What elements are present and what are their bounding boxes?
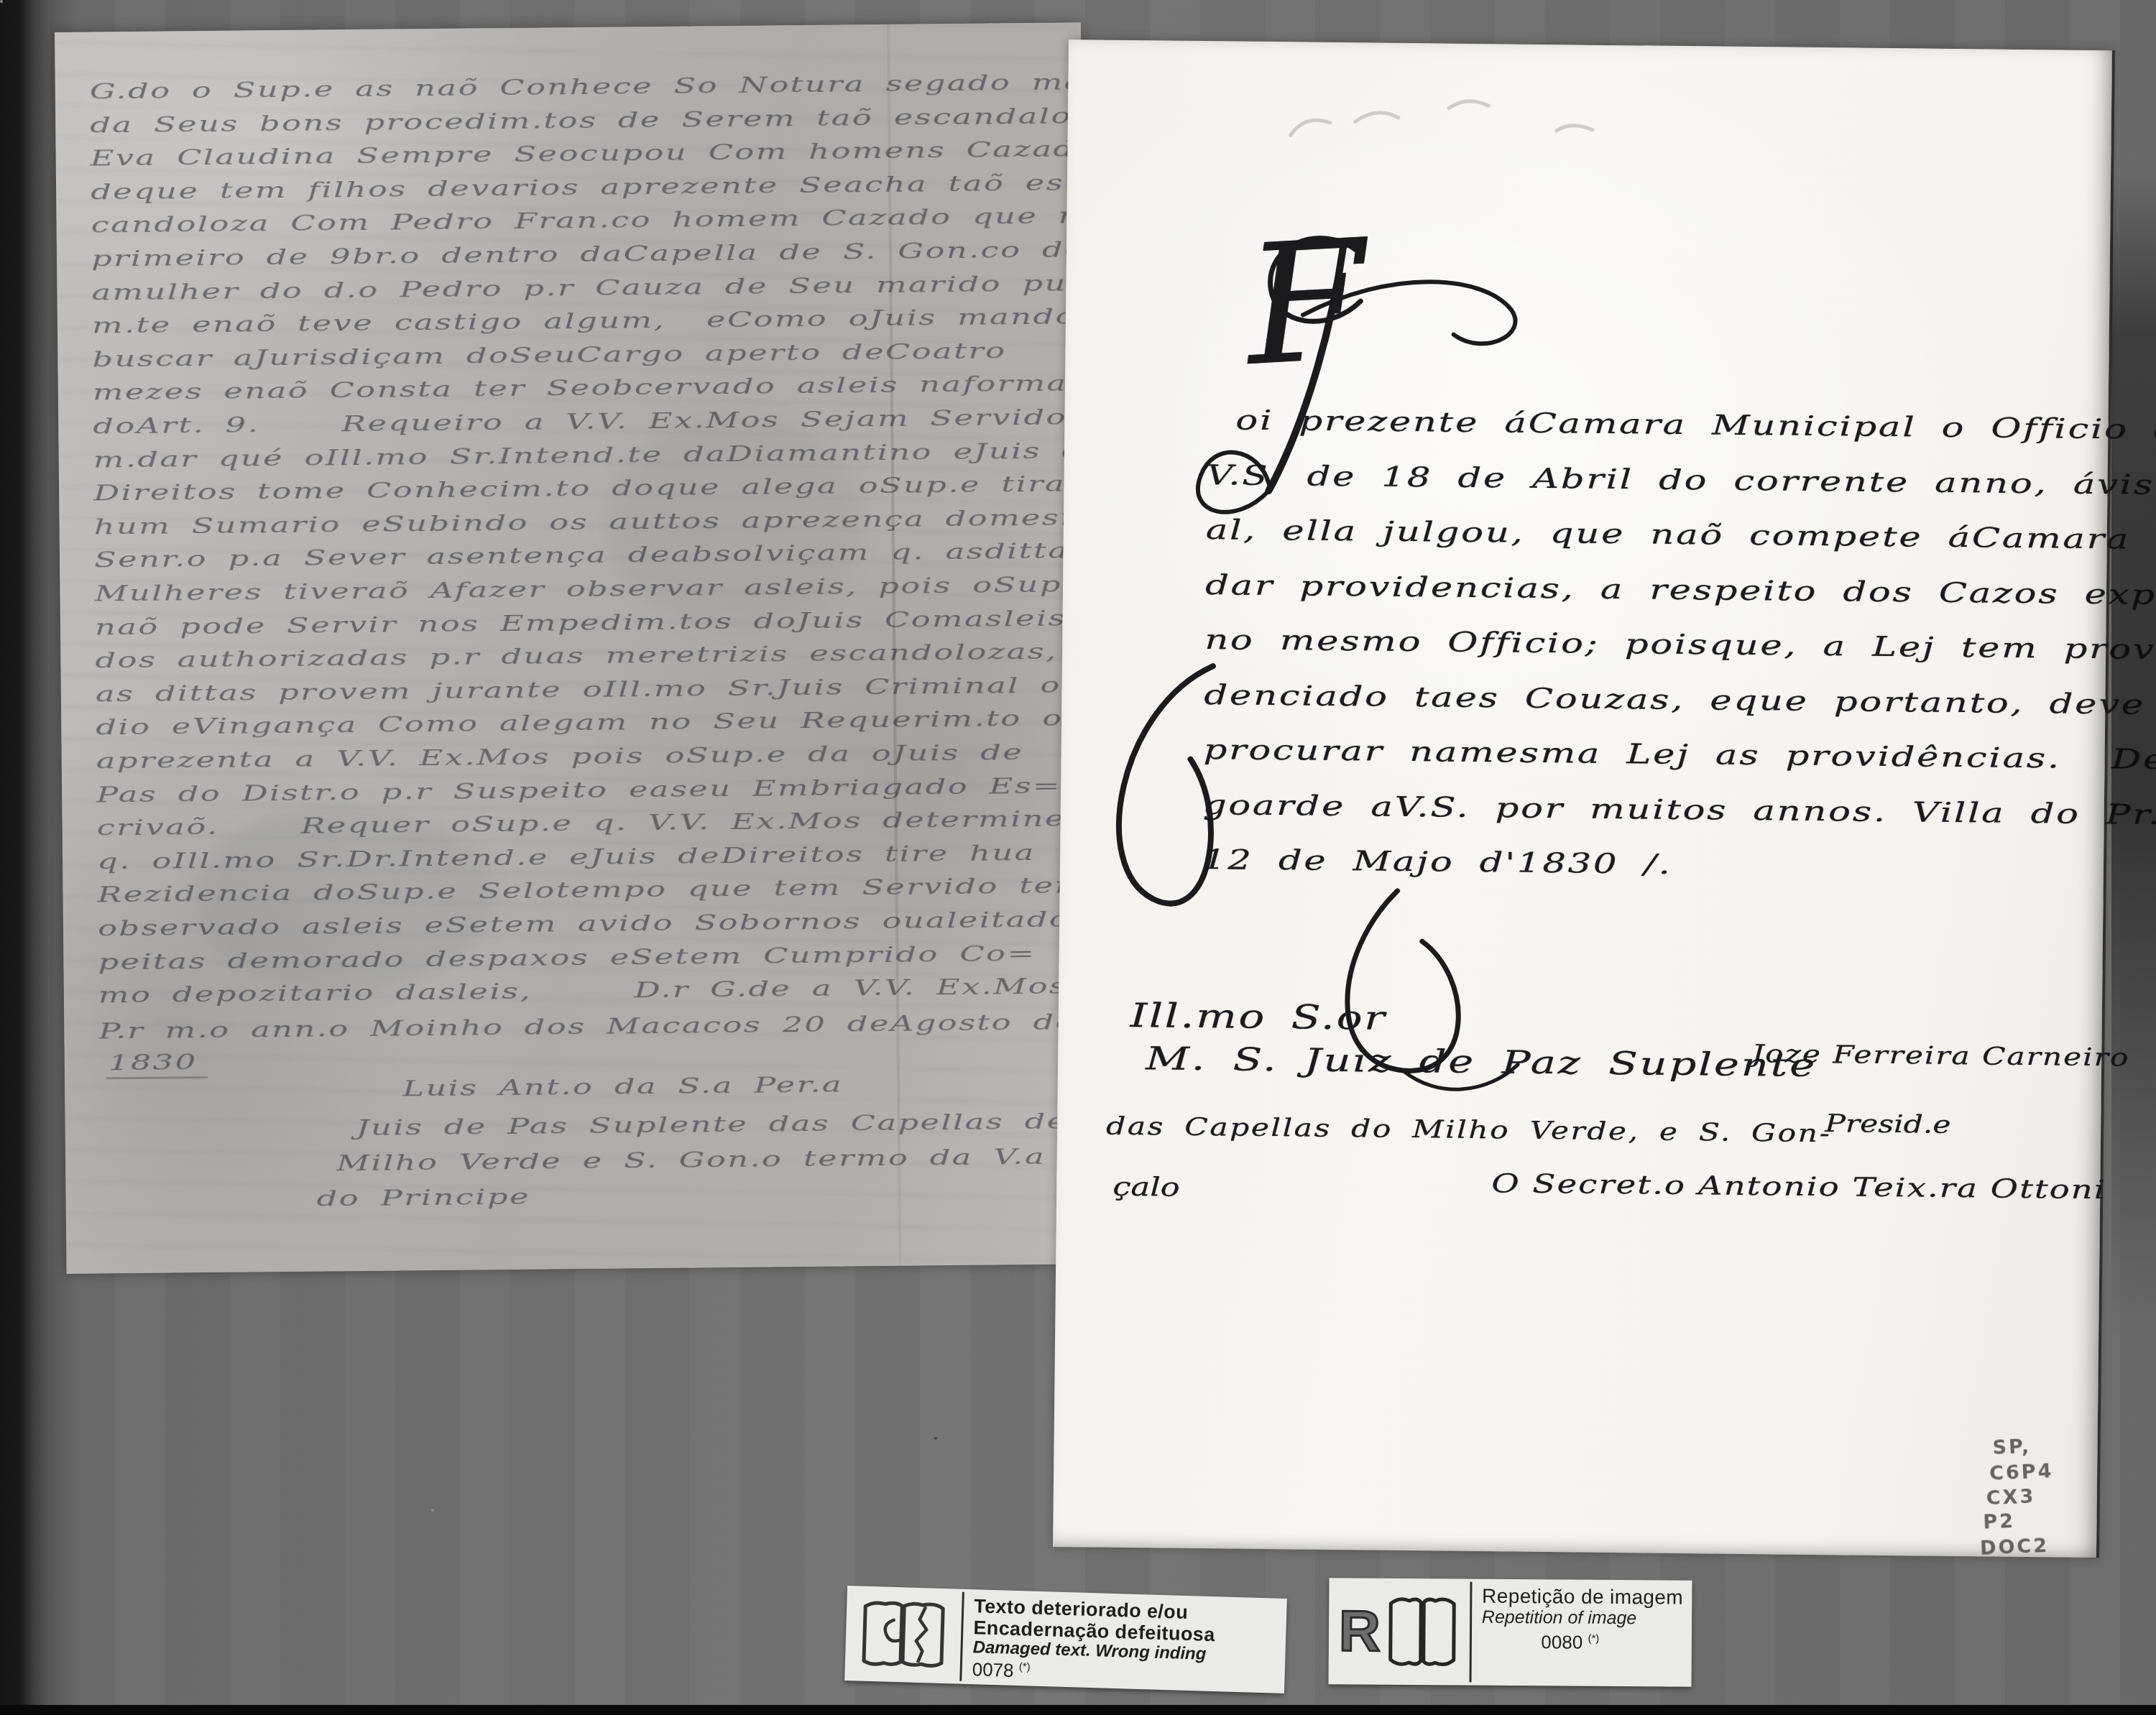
signature-role-line: Juis de Pas Suplente das Capellas de <box>356 1109 1067 1142</box>
addressee-place: das Capellas do Milho Verde, e S. Gon- <box>1106 1112 1832 1149</box>
manuscript-line: naõ pode Servir nos Empedim.tos doJuis C… <box>95 606 1067 640</box>
manuscript-line: G.do o Sup.e as naõ Conhece So Notura se… <box>90 68 1238 104</box>
pencil-annotation-line: DOC2 <box>1979 1535 2049 1560</box>
addressee-title: M. S. Juiz de Paz Suplente <box>1146 1040 1817 1084</box>
signature-name: Luis Ant.o da S.a Per.a <box>402 1073 843 1102</box>
manuscript-line: doArt. 9. Requeiro a V.V. Ex.Mos Sejam S… <box>93 405 1067 440</box>
manuscript-line: peitas demorado despaxos eSetem Cumprido… <box>98 941 1036 976</box>
manuscript-line: procurar namesma Lej as providências. De… <box>1203 734 2156 776</box>
manuscript-line: denciado taes Couzas, eque portanto, dev… <box>1204 679 2156 721</box>
manuscript-line: Rezidencia doSup.e Selotempo que tem Ser… <box>97 873 1120 908</box>
manuscript-line: Pas do Distr.o p.r Suspeito easeu Embria… <box>96 773 1061 808</box>
manuscript-dateline: P.r m.o ann.o Moinho dos Macacos 20 deAg… <box>98 1009 1076 1044</box>
pencil-annotation-line: P2 <box>1983 1510 2016 1534</box>
archival-label-damaged-text: Texto deteriorado e/ou Encadernação defe… <box>844 1586 1287 1693</box>
manuscript-line: as dittas provem jurante oIll.mo Sr.Juis… <box>96 672 1111 708</box>
manuscript-line: Eva Claudina Sempre Seocupou Com homens … <box>91 137 1115 172</box>
manuscript-line: m.te enaõ teve castigo algum, eComo oJui… <box>92 304 1099 338</box>
manuscript-line: aprezenta a V.V. Ex.Mos pois oSup.e da o… <box>96 740 1024 774</box>
addressee-place-cont: çalo <box>1112 1173 1180 1203</box>
label-frame-number: 0080 (*) <box>1482 1632 1687 1654</box>
manuscript-line: m.dar qué oIll.mo Sr.Intend.te daDiamant… <box>93 438 1105 473</box>
pencil-annotation-line: C6P4 <box>1989 1460 2054 1485</box>
manuscript-line: candoloza Com Pedro Fran.co homem Cazado… <box>91 203 1130 239</box>
damaged-open-book-icon <box>844 1586 962 1684</box>
pencil-annotation-line: SP, <box>1992 1436 2032 1459</box>
label-text-block: Texto deteriorado e/ou Encadernação defe… <box>962 1589 1287 1693</box>
manuscript-line: oi prezente áCamara Municipal o Officio … <box>1235 404 2156 445</box>
manuscript-year-underlined: 1830 <box>106 1050 208 1079</box>
drop-cap-initial: F <box>1241 218 1372 390</box>
frame-number: 0078 <box>972 1659 1014 1682</box>
signature-role-line: Milho Verde e S. Gon.o termo da V.a <box>336 1145 1046 1176</box>
letter-body: oi prezente áCamara Municipal o Officio … <box>1069 40 2112 50</box>
footnote-mark: (*) <box>1588 1632 1599 1645</box>
archival-label-repetition: R Repetição de imagem Repetition of imag… <box>1328 1578 1692 1687</box>
manuscript-line: observado asleis eSetem avido Sobornos o… <box>98 907 1070 941</box>
addressee-honorific: Ill.mo S.or <box>1130 996 1387 1037</box>
pencil-annotation-line: CX3 <box>1986 1485 2036 1510</box>
pencil-archive-reference: SP,C6P4CX3P2DOC2 <box>1069 40 2112 50</box>
manuscript-line: amulher do d.o Pedro p.r Cauza de Seu ma… <box>91 270 1182 306</box>
footnote-mark: (*) <box>1019 1661 1031 1673</box>
secretary-signature-line: O Secret.o Antonio Teix.ra Ottoni <box>1491 1169 2106 1205</box>
manuscript-line: goarde aV.S. por muitos annos. Villa do … <box>1203 789 2156 831</box>
signature-title: Presid.e <box>1825 1109 1951 1140</box>
signature-role-block: Juis de Pas Suplente das Capellas deMilh… <box>55 22 1081 32</box>
manuscript-line: dio eVingança Como alegam no Seu Requeri… <box>96 706 1097 741</box>
manuscript-line: mo depozitario dasleis, D.r G.de a V.V. … <box>98 974 1068 1009</box>
manuscript-line: deque tem filhos devarios aprezente Seac… <box>91 170 1093 205</box>
label-line-en: Repetition of image <box>1482 1607 1687 1629</box>
signature-name: Joze Ferreira Carneiro <box>1751 1040 2129 1073</box>
manuscript-line: al, ella julgou, que naõ compete áCamara <box>1206 514 2131 555</box>
manuscript-line: Senr.o p.a Sever asentença deabsolviçam … <box>94 539 1087 573</box>
manuscript-body: G.do o Sup.e as naõ Conhece So Notura se… <box>55 22 1081 32</box>
manuscript-line: mezes enaõ Consta ter Seobcervado asleis… <box>93 371 1068 406</box>
right-manuscript-page: F oi prezente áCamara Municipal o Offici… <box>1053 40 2112 1558</box>
film-bottom-strip <box>0 1705 2156 1715</box>
manuscript-line: q. oIll.mo Sr.Dr.Intend.e eJuis deDireit… <box>97 841 1036 875</box>
manuscript-line: dos authorizadas p.r duas meretrizis esc… <box>95 638 1164 673</box>
manuscript-line: buscar aJurisdiçam doSeuCargo aperto deC… <box>92 338 1006 372</box>
left-manuscript-page: G.do o Sup.e as naõ Conhece So Notura se… <box>55 22 1093 1274</box>
repetition-letter: R <box>1339 1602 1381 1660</box>
label-line-pt: Repetição de imagem <box>1482 1585 1687 1609</box>
manuscript-line: 12 de Majo d'1830 /. <box>1202 843 1672 880</box>
film-gutter-shadow <box>2111 172 2156 1336</box>
signature-role-line: do Principe <box>316 1185 530 1212</box>
manuscript-line: V.S. de 18 de Abril do corrente anno, áv… <box>1206 459 2156 502</box>
label-text-block: Repetição de imagem Repetition of image … <box>1471 1579 1692 1687</box>
open-book-icon: R <box>1328 1578 1470 1685</box>
manuscript-line: Mulheres tiveraõ Afazer observar asleis,… <box>94 572 1095 606</box>
frame-number: 0080 <box>1541 1632 1583 1653</box>
manuscript-line: dar providencias, a respeito dos Cazos e… <box>1205 569 2156 612</box>
manuscript-line: Direitos tome Conhecim.to doque alega oS… <box>93 471 1132 507</box>
manuscript-line: hum Sumario eSubindo os auttos aprezença… <box>93 505 1113 540</box>
manuscript-line: no mesmo Officio; poisque, a Lej tem pro… <box>1204 624 2156 665</box>
microfilm-scan-frame: G.do o Sup.e as naõ Conhece So Notura se… <box>0 0 2156 1715</box>
manuscript-line: crivaõ. Requer oSup.e q. V.V. Ex.Mos det… <box>96 806 1097 841</box>
bleedthrough-marks <box>1268 78 1644 211</box>
